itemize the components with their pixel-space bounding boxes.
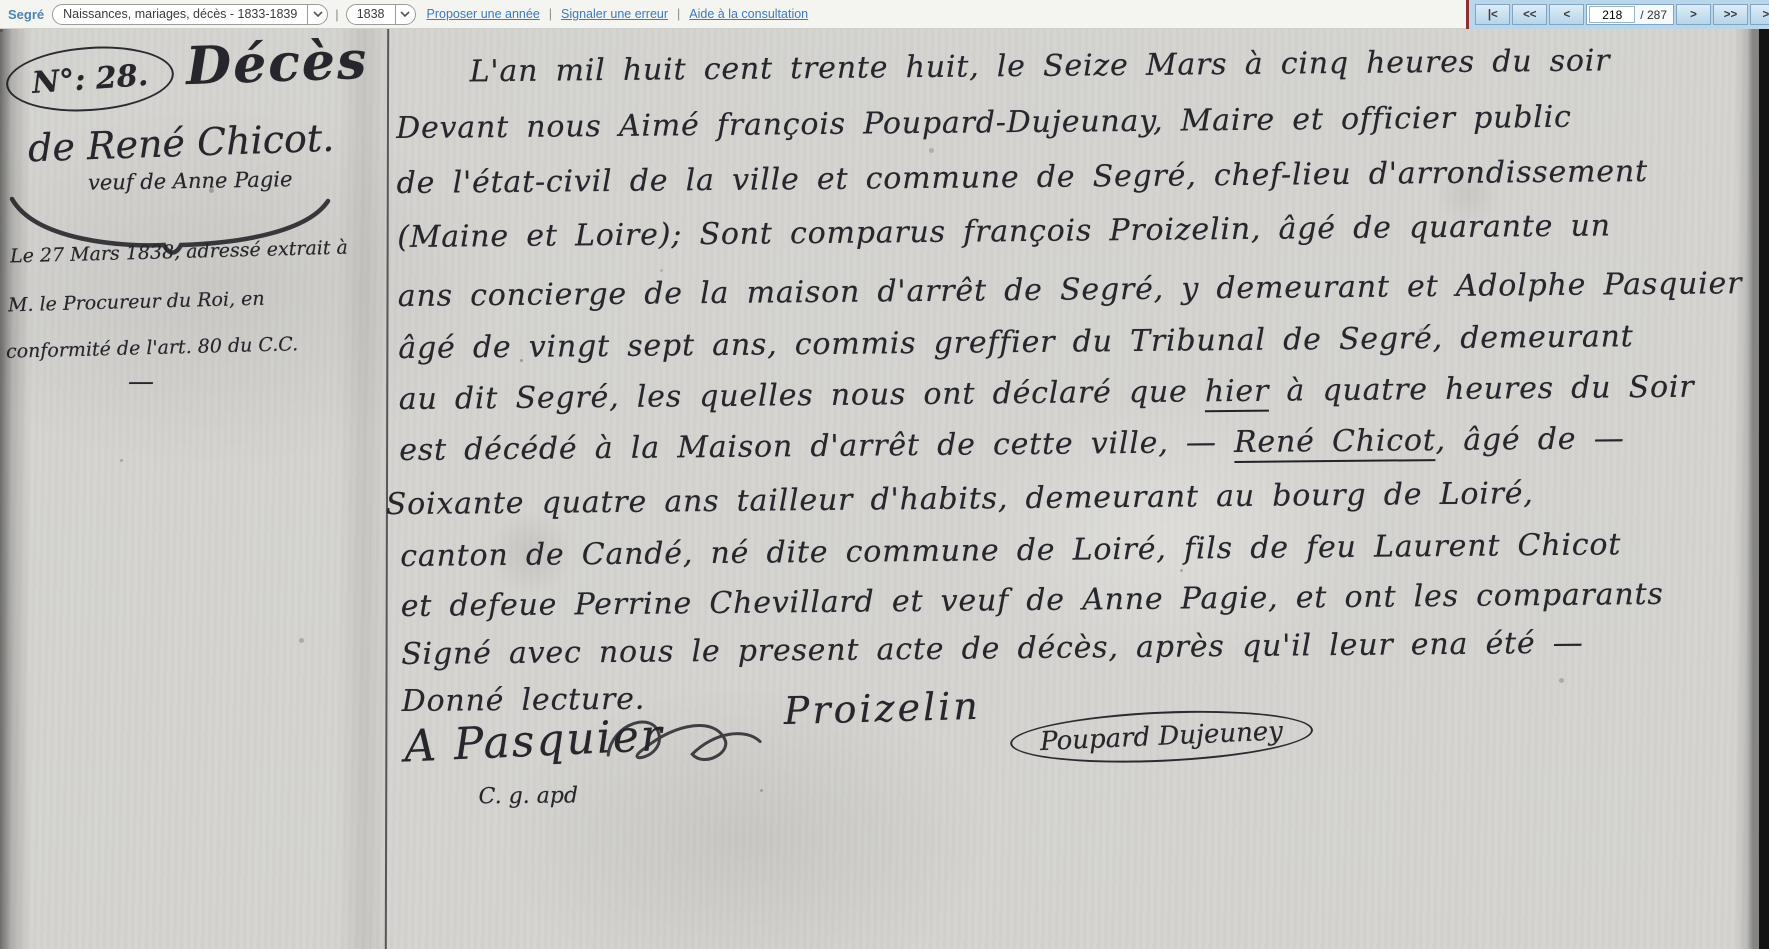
record-line: ans concierge de la maison d'arrêt de Se… (398, 266, 1743, 314)
record-line: âgé de vingt sept ans, commis greffier d… (398, 319, 1634, 366)
underlined-word: hier (1205, 374, 1270, 413)
chevron-down-icon[interactable] (395, 5, 415, 24)
page-navigation: |< << < / 287 > >> >| (1466, 0, 1769, 29)
year-select-value: 1838 (347, 7, 395, 21)
record-line: L'an mil huit cent trente huit, le Seize… (469, 43, 1610, 89)
record-line: (Maine et Loire); Sont comparus françois… (397, 208, 1611, 255)
record-line: est décédé à la Maison d'arrêt de cette … (399, 421, 1625, 468)
record-line: Soixante quatre ans tailleur d'habits, d… (386, 476, 1534, 522)
underlined-name: René Chicot (1234, 423, 1436, 463)
signature-mayor: Poupard Dujeuney (1009, 705, 1314, 768)
record-line: canton de Candé, né dite commune de Loir… (400, 527, 1621, 574)
page-number-input[interactable] (1589, 6, 1635, 23)
next-page-button[interactable]: > (1676, 4, 1711, 25)
link-separator: | (677, 7, 680, 21)
chevron-down-icon[interactable] (307, 5, 327, 24)
record-line-segment: , âgé de — (1435, 421, 1624, 458)
forward-10-button[interactable]: >> (1713, 4, 1748, 25)
signature-flourish (602, 701, 773, 794)
record-line: Devant nous Aimé françois Poupard-Dujeun… (396, 100, 1572, 146)
record-line: Signé avec nous le present acte de décès… (401, 626, 1584, 672)
last-page-button[interactable]: >| (1750, 4, 1769, 25)
register-select[interactable]: Naissances, mariages, décès - 1833-1839 (52, 4, 328, 25)
viewer-toolbar: Segré Naissances, mariages, décès - 1833… (0, 0, 1769, 29)
record-line-segment: à quatre heures du Soir (1269, 370, 1695, 409)
record-line: au dit Segré, les quelles nous ont décla… (399, 370, 1695, 417)
link-help[interactable]: Aide à la consultation (689, 7, 808, 21)
link-separator: | (549, 7, 552, 21)
link-propose-year[interactable]: Proposer une année (427, 7, 540, 21)
page-counter: / 287 (1586, 4, 1674, 25)
first-page-button[interactable]: |< (1475, 4, 1510, 25)
register-select-value: Naissances, mariages, décès - 1833-1839 (53, 7, 307, 21)
record-line: et defeue Perrine Chevillard et veuf de … (401, 577, 1664, 624)
back-10-button[interactable]: << (1512, 4, 1547, 25)
signature-proizelin: Proizelin (783, 684, 981, 733)
toolbar-separator: | (335, 7, 338, 22)
link-report-error[interactable]: Signaler une erreur (561, 7, 668, 21)
record-line: de l'état-civil de la ville et commune d… (397, 154, 1648, 201)
page-total-label: / 287 (1640, 8, 1667, 22)
signature-pasquier-annotation: C. g. apd (478, 783, 578, 809)
act-body: L'an mil huit cent trente huit, le Seize… (0, 29, 1769, 949)
place-label: Segré (8, 7, 44, 22)
paper-specks (0, 29, 3, 32)
record-line-segment: est décédé à la Maison d'arrêt de cette … (399, 425, 1234, 468)
previous-page-button[interactable]: < (1549, 4, 1584, 25)
year-select[interactable]: 1838 (346, 4, 416, 25)
document-scan: N°: 28. Décès de René Chicot. veuf de An… (0, 29, 1769, 949)
record-line-segment: au dit Segré, les quelles nous ont décla… (399, 374, 1205, 417)
